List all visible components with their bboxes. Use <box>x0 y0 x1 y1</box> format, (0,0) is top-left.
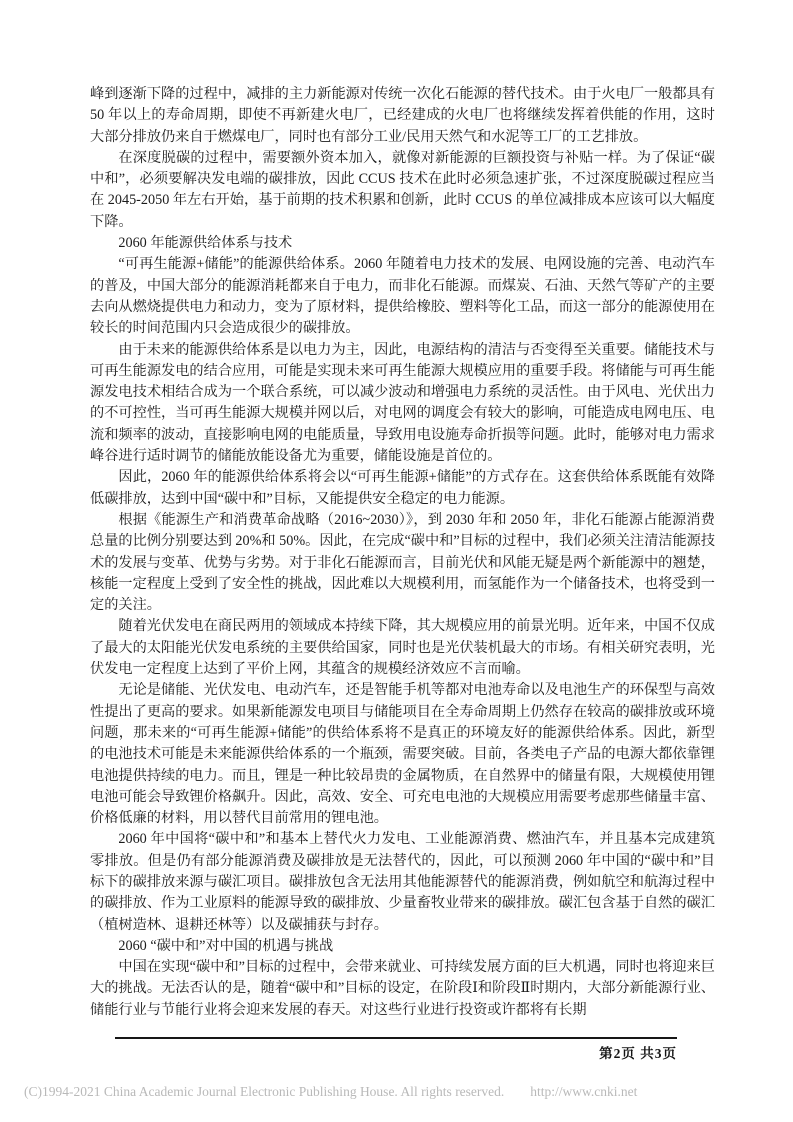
paragraph: “可再生能源+储能”的能源供给体系。2060 年随着电力技术的发展、电网设施的完… <box>90 254 715 339</box>
paragraph: 峰到逐渐下降的过程中，减排的主力新能源对传统一次化石能源的替代技术。由于火电厂一… <box>90 84 715 148</box>
paragraph: 随着光伏发电在商民两用的领域成本持续下降，其大规模应用的前景光明。近年来，中国不… <box>90 616 715 680</box>
paragraph: 根据《能源生产和消费革命战略（2016~2030）》，到 2030 年和 205… <box>90 510 715 616</box>
section-heading: 2060 “碳中和”对中国的机遇与挑战 <box>90 936 715 957</box>
section-heading: 2060 年能源供给体系与技术 <box>90 233 715 254</box>
paragraph: 在深度脱碳的过程中，需要额外资本加入，就像对新能源的巨额投资与补贴一样。为了保证… <box>90 148 715 233</box>
paragraph: 2060 年中国将“碳中和”和基本上替代火力发电、工业能源消费、燃油汽车，并且基… <box>90 829 715 935</box>
page-number: 第2页 共3页 <box>115 1042 677 1062</box>
cnki-url: http://www.cnki.net <box>530 1084 637 1099</box>
document-page: 峰到逐渐下降的过程中，减排的主力新能源对传统一次化石能源的替代技术。由于火电厂一… <box>0 0 793 1122</box>
paragraph: 无论是储能、光伏发电、电动汽车，还是智能手机等都对电池寿命以及电池生产的环保型与… <box>90 680 715 829</box>
paragraph: 由于未来的能源供给体系是以电力为主，因此，电源结构的清洁与否变得至关重要。储能技… <box>90 340 715 468</box>
paragraph: 因此，2060 年的能源供给体系将会以“可再生能源+储能”的方式存在。这套供给体… <box>90 467 715 510</box>
copyright-watermark: (C)1994-2021 China Academic Journal Elec… <box>24 1084 769 1100</box>
copyright-text: (C)1994-2021 China Academic Journal Elec… <box>24 1084 504 1099</box>
document-body: 峰到逐渐下降的过程中，减排的主力新能源对传统一次化石能源的替代技术。由于火电厂一… <box>90 84 715 1021</box>
paragraph: 中国在实现“碳中和”目标的过程中，会带来就业、可持续发展方面的巨大机遇，同时也将… <box>90 957 715 1021</box>
footer-divider <box>115 1037 677 1039</box>
